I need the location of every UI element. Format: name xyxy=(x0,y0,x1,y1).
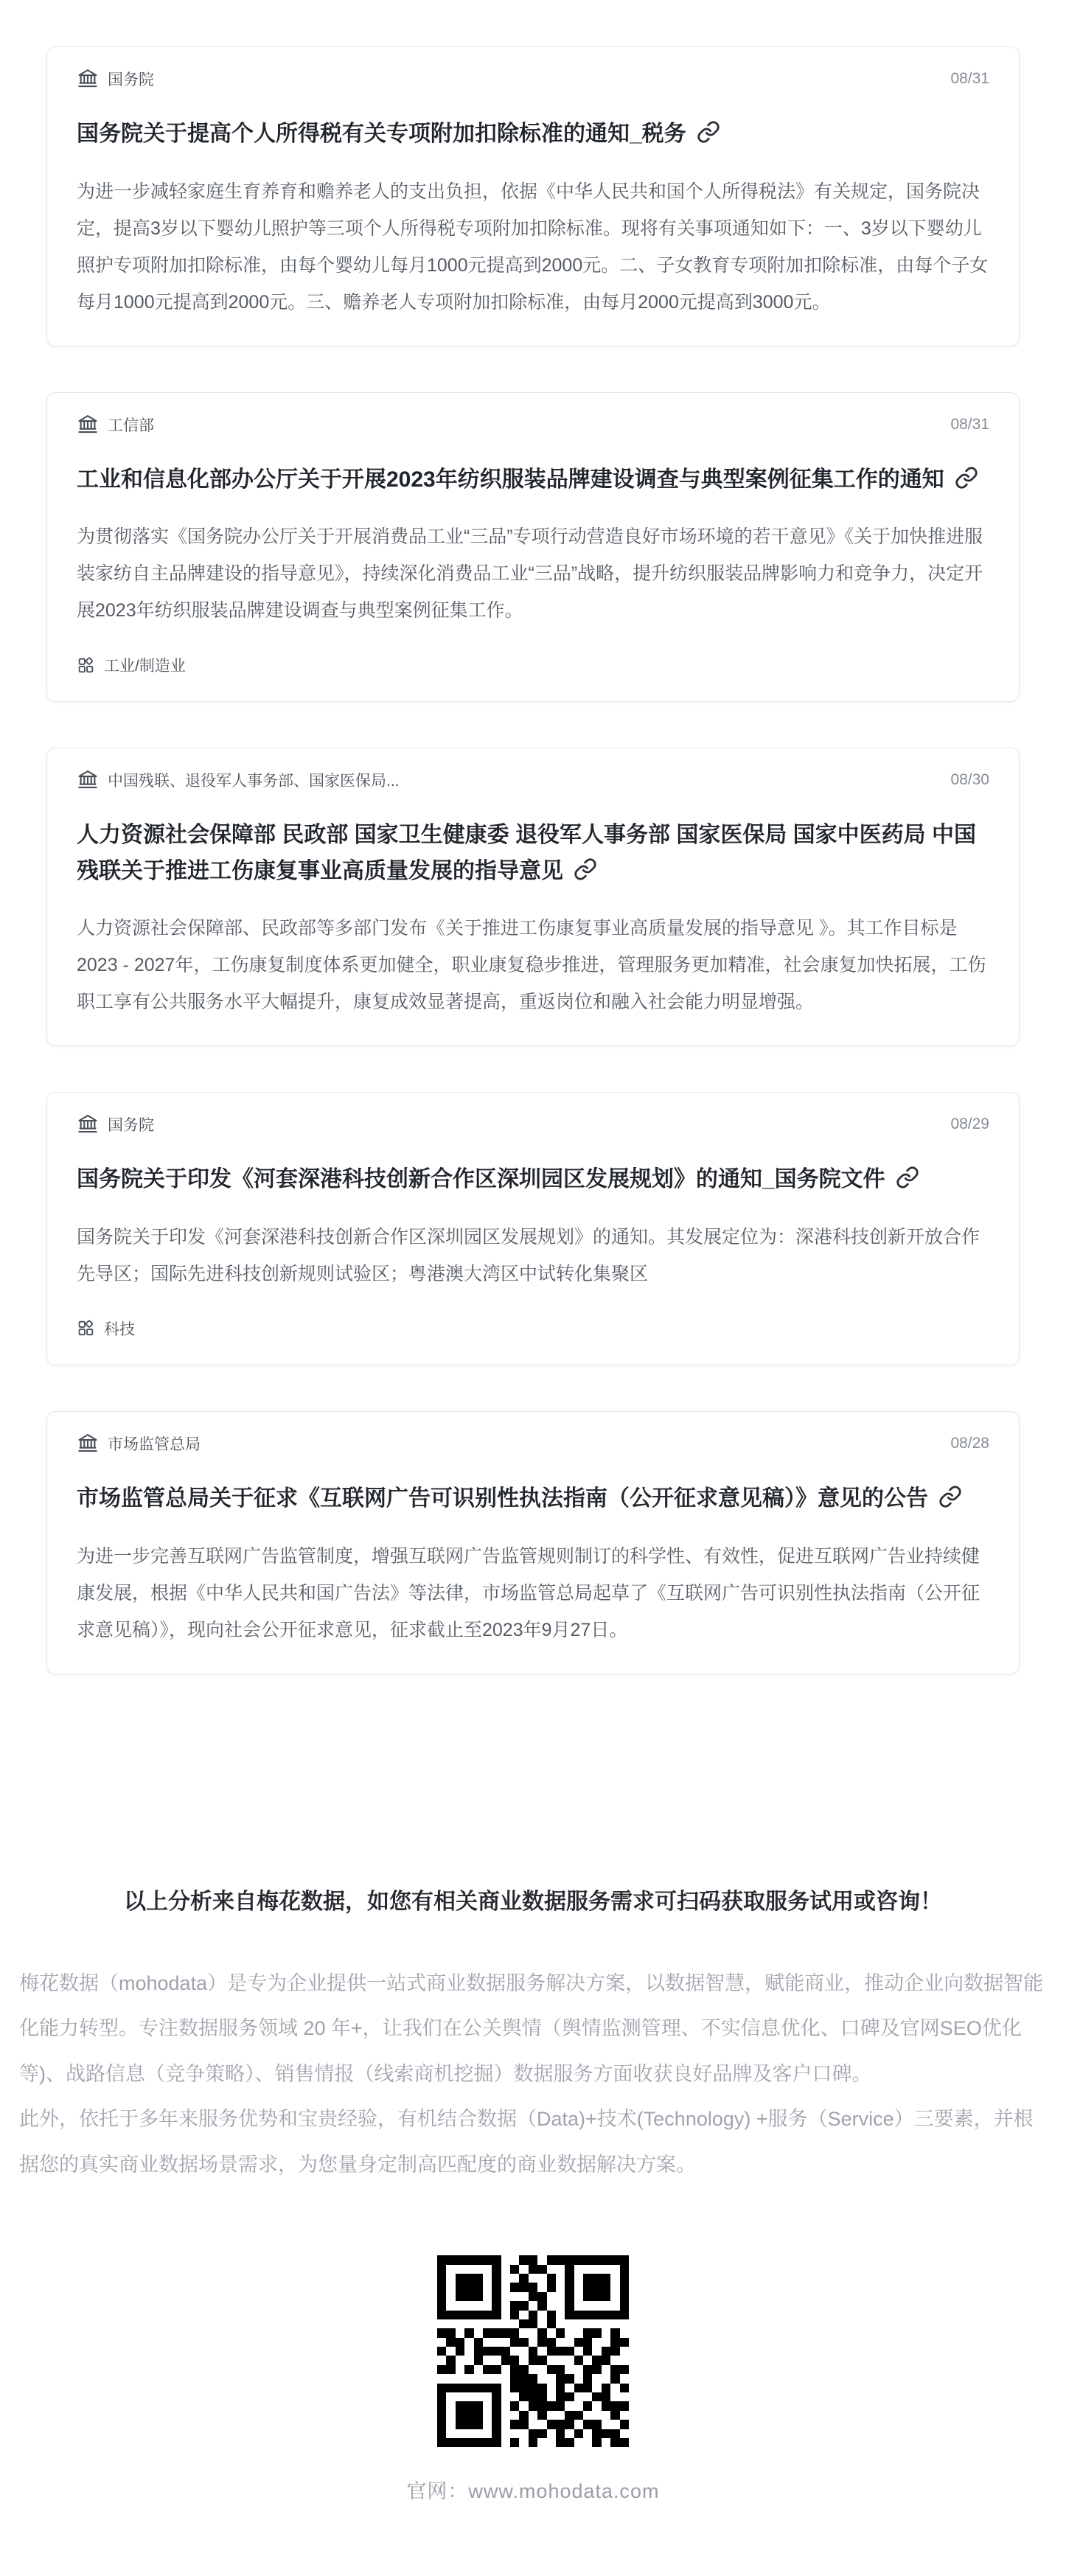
card-header: 国务院 08/31 xyxy=(77,68,989,90)
news-card: 国务院 08/31 国务院关于提高个人所得税有关专项附加扣除标准的通知_税务 为… xyxy=(46,46,1020,347)
article-summary: 国务院关于印发《河套深港科技创新合作区深圳园区发展规划》的通知。其发展定位为：深… xyxy=(77,1219,989,1292)
industry-tag[interactable]: 科技 xyxy=(77,1317,989,1340)
article-summary: 人力资源社会保障部、民政部等多部门发布《关于推进工伤康复事业高质量发展的指导意见… xyxy=(77,910,989,1020)
external-link-icon xyxy=(574,857,597,881)
bank-icon xyxy=(77,769,99,791)
article-title: 市场监管总局关于征求《互联网广告可识别性执法指南（公开征求意见稿）》意见的公告 xyxy=(77,1486,928,1511)
publish-date: 08/31 xyxy=(950,416,989,434)
about-paragraph: 梅花数据（mohodata）是专为企业提供一站式商业数据服务解决方案，以数据智慧… xyxy=(19,1961,1047,2098)
article-title-link[interactable]: 国务院关于提高个人所得税有关专项附加扣除标准的通知_税务 xyxy=(77,116,989,153)
agency-label: 国务院 xyxy=(108,1113,154,1135)
external-link-icon xyxy=(938,1485,962,1508)
external-link-icon xyxy=(896,1166,919,1189)
agency: 国务院 xyxy=(77,1113,154,1135)
agency: 国务院 xyxy=(77,68,154,90)
tag-label: 工业/制造业 xyxy=(104,654,186,676)
article-title: 人力资源社会保障部 民政部 国家卫生健康委 退役军人事务部 国家医保局 国家中医… xyxy=(77,823,976,883)
external-link-icon xyxy=(955,466,978,490)
agency-label: 市场监管总局 xyxy=(108,1433,201,1455)
card-header: 市场监管总局 08/28 xyxy=(77,1433,989,1455)
agency-label: 工信部 xyxy=(108,414,154,436)
news-card: 中国残联、退役军人事务部、国家医保局... 08/30 人力资源社会保障部 民政… xyxy=(46,748,1020,1046)
bank-icon xyxy=(77,414,99,436)
about-paragraph: 此外，依托于多年来服务优势和宝贵经验，有机结合数据（Data)+技术(Techn… xyxy=(19,2097,1047,2187)
card-header: 工信部 08/31 xyxy=(77,414,989,436)
agency-label: 国务院 xyxy=(108,68,154,90)
article-title-link[interactable]: 国务院关于印发《河套深港科技创新合作区深圳园区发展规划》的通知_国务院文件 xyxy=(77,1162,989,1198)
promo-banner: 以上分析来自梅花数据，如您有相关商业数据服务需求可扫码获取服务试用或咨询！ xyxy=(0,1883,1066,1915)
agency-label: 中国残联、退役军人事务部、国家医保局... xyxy=(108,769,400,791)
bank-icon xyxy=(77,1113,99,1135)
article-title: 工业和信息化部办公厅关于开展2023年纺织服装品牌建设调查与典型案例征集工作的通… xyxy=(77,467,944,492)
article-title-link[interactable]: 工业和信息化部办公厅关于开展2023年纺织服装品牌建设调查与典型案例征集工作的通… xyxy=(77,462,989,498)
bank-icon xyxy=(77,68,99,90)
article-title: 国务院关于提高个人所得税有关专项附加扣除标准的通知_税务 xyxy=(77,122,686,146)
category-icon xyxy=(77,656,95,675)
card-header: 国务院 08/29 xyxy=(77,1113,989,1135)
external-link-icon xyxy=(697,120,720,144)
agency: 中国残联、退役军人事务部、国家医保局... xyxy=(77,769,400,791)
agency: 市场监管总局 xyxy=(77,1433,201,1455)
article-summary: 为贯彻落实《国务院办公厅关于开展消费品工业“三品”专项行动营造良好市场环境的若干… xyxy=(77,518,989,629)
about-section: 梅花数据（mohodata）是专为企业提供一站式商业数据服务解决方案，以数据智慧… xyxy=(19,1961,1047,2188)
article-title-link[interactable]: 市场监管总局关于征求《互联网广告可识别性执法指南（公开征求意见稿）》意见的公告 xyxy=(77,1481,989,1517)
qr-code xyxy=(437,2255,629,2447)
article-summary: 为进一步完善互联网广告监管制度，增强互联网广告监管规则制订的科学性、有效性，促进… xyxy=(77,1538,989,1649)
publish-date: 08/30 xyxy=(950,771,989,789)
industry-tag[interactable]: 工业/制造业 xyxy=(77,654,989,676)
article-title-link[interactable]: 人力资源社会保障部 民政部 国家卫生健康委 退役军人事务部 国家医保局 国家中医… xyxy=(77,818,989,889)
category-icon xyxy=(77,1319,95,1337)
card-header: 中国残联、退役军人事务部、国家医保局... 08/30 xyxy=(77,769,989,791)
policy-news-feed: 国务院 08/31 国务院关于提高个人所得税有关专项附加扣除标准的通知_税务 为… xyxy=(0,0,1066,1674)
website-label: 官网：www.mohodata.com xyxy=(0,2475,1066,2576)
bank-icon xyxy=(77,1433,99,1455)
publish-date: 08/28 xyxy=(950,1435,989,1452)
news-card: 市场监管总局 08/28 市场监管总局关于征求《互联网广告可识别性执法指南（公开… xyxy=(46,1411,1020,1674)
tag-label: 科技 xyxy=(104,1317,135,1340)
news-card: 工信部 08/31 工业和信息化部办公厅关于开展2023年纺织服装品牌建设调查与… xyxy=(46,392,1020,703)
publish-date: 08/29 xyxy=(950,1115,989,1133)
article-summary: 为进一步减轻家庭生育养育和赡养老人的支出负担，依据《中华人民共和国个人所得税法》… xyxy=(77,173,989,321)
news-card: 国务院 08/29 国务院关于印发《河套深港科技创新合作区深圳园区发展规划》的通… xyxy=(46,1092,1020,1365)
agency: 工信部 xyxy=(77,414,154,436)
article-title: 国务院关于印发《河套深港科技创新合作区深圳园区发展规划》的通知_国务院文件 xyxy=(77,1167,885,1191)
publish-date: 08/31 xyxy=(950,70,989,88)
